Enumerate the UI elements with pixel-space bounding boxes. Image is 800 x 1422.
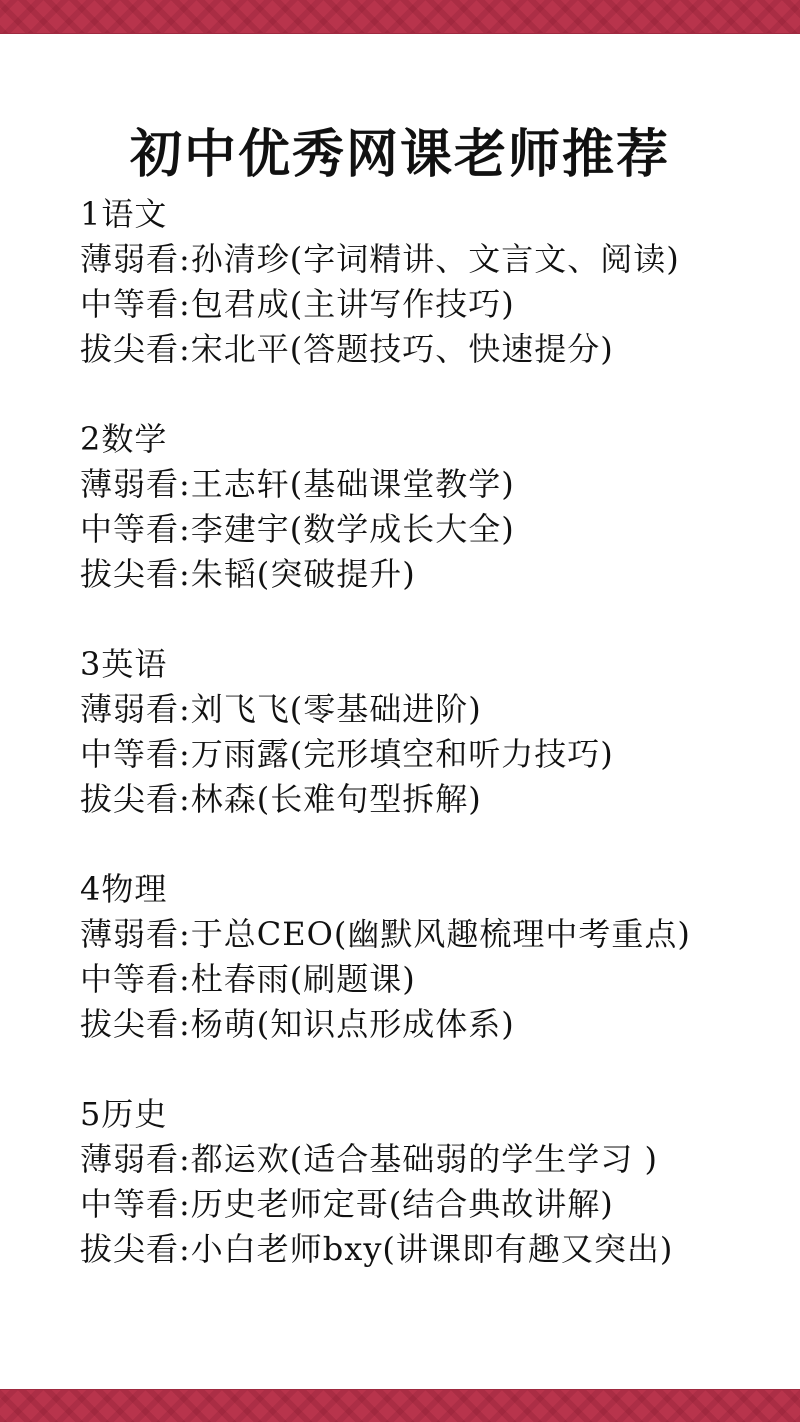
section-heading: 4物理 [80, 867, 780, 912]
list-item: 中等看:历史老师定哥(结合典故讲解) [80, 1182, 780, 1227]
section-math: 2数学 薄弱看:王志轩(基础课堂教学) 中等看:李建宇(数学成长大全) 拔尖看:… [80, 417, 780, 597]
list-item: 薄弱看:于总CEO(幽默风趣梳理中考重点) [80, 912, 720, 957]
recommendation-list: 1语文 薄弱看:孙清珍(字词精讲、文言文、阅读) 中等看:包君成(主讲写作技巧)… [80, 192, 780, 1317]
list-item: 薄弱看:刘飞飞(零基础进阶) [80, 687, 780, 732]
section-history: 5历史 薄弱看:都运欢(适合基础弱的学生学习 ) 中等看:历史老师定哥(结合典故… [80, 1092, 780, 1272]
section-heading: 5历史 [80, 1092, 780, 1137]
list-item: 中等看:包君成(主讲写作技巧) [80, 282, 780, 327]
section-physics: 4物理 薄弱看:于总CEO(幽默风趣梳理中考重点) 中等看:杜春雨(刷题课) 拔… [80, 867, 780, 1047]
list-item: 拔尖看:宋北平(答题技巧、快速提分) [80, 327, 780, 372]
list-item: 拔尖看:小白老师bxy(讲课即有趣又突出) [80, 1227, 780, 1272]
list-item: 中等看:杜春雨(刷题课) [80, 957, 780, 1002]
list-item: 拔尖看:林森(长难句型拆解) [80, 777, 780, 822]
list-item: 中等看:李建宇(数学成长大全) [80, 507, 780, 552]
section-english: 3英语 薄弱看:刘飞飞(零基础进阶) 中等看:万雨露(完形填空和听力技巧) 拔尖… [80, 642, 780, 822]
list-item: 拔尖看:朱韬(突破提升) [80, 552, 780, 597]
section-heading: 2数学 [80, 417, 780, 462]
list-item: 薄弱看:孙清珍(字词精讲、文言文、阅读) [80, 237, 780, 282]
bottom-decorative-band [0, 1389, 800, 1422]
list-item: 薄弱看:都运欢(适合基础弱的学生学习 ) [80, 1137, 780, 1182]
list-item: 中等看:万雨露(完形填空和听力技巧) [80, 732, 780, 777]
list-item: 薄弱看:王志轩(基础课堂教学) [80, 462, 780, 507]
list-item: 拔尖看:杨萌(知识点形成体系) [80, 1002, 780, 1047]
section-chinese: 1语文 薄弱看:孙清珍(字词精讲、文言文、阅读) 中等看:包君成(主讲写作技巧)… [80, 192, 780, 372]
section-heading: 3英语 [80, 642, 780, 687]
top-decorative-band [0, 0, 800, 34]
section-heading: 1语文 [80, 192, 780, 237]
page-title: 初中优秀网课老师推荐 [0, 123, 800, 187]
